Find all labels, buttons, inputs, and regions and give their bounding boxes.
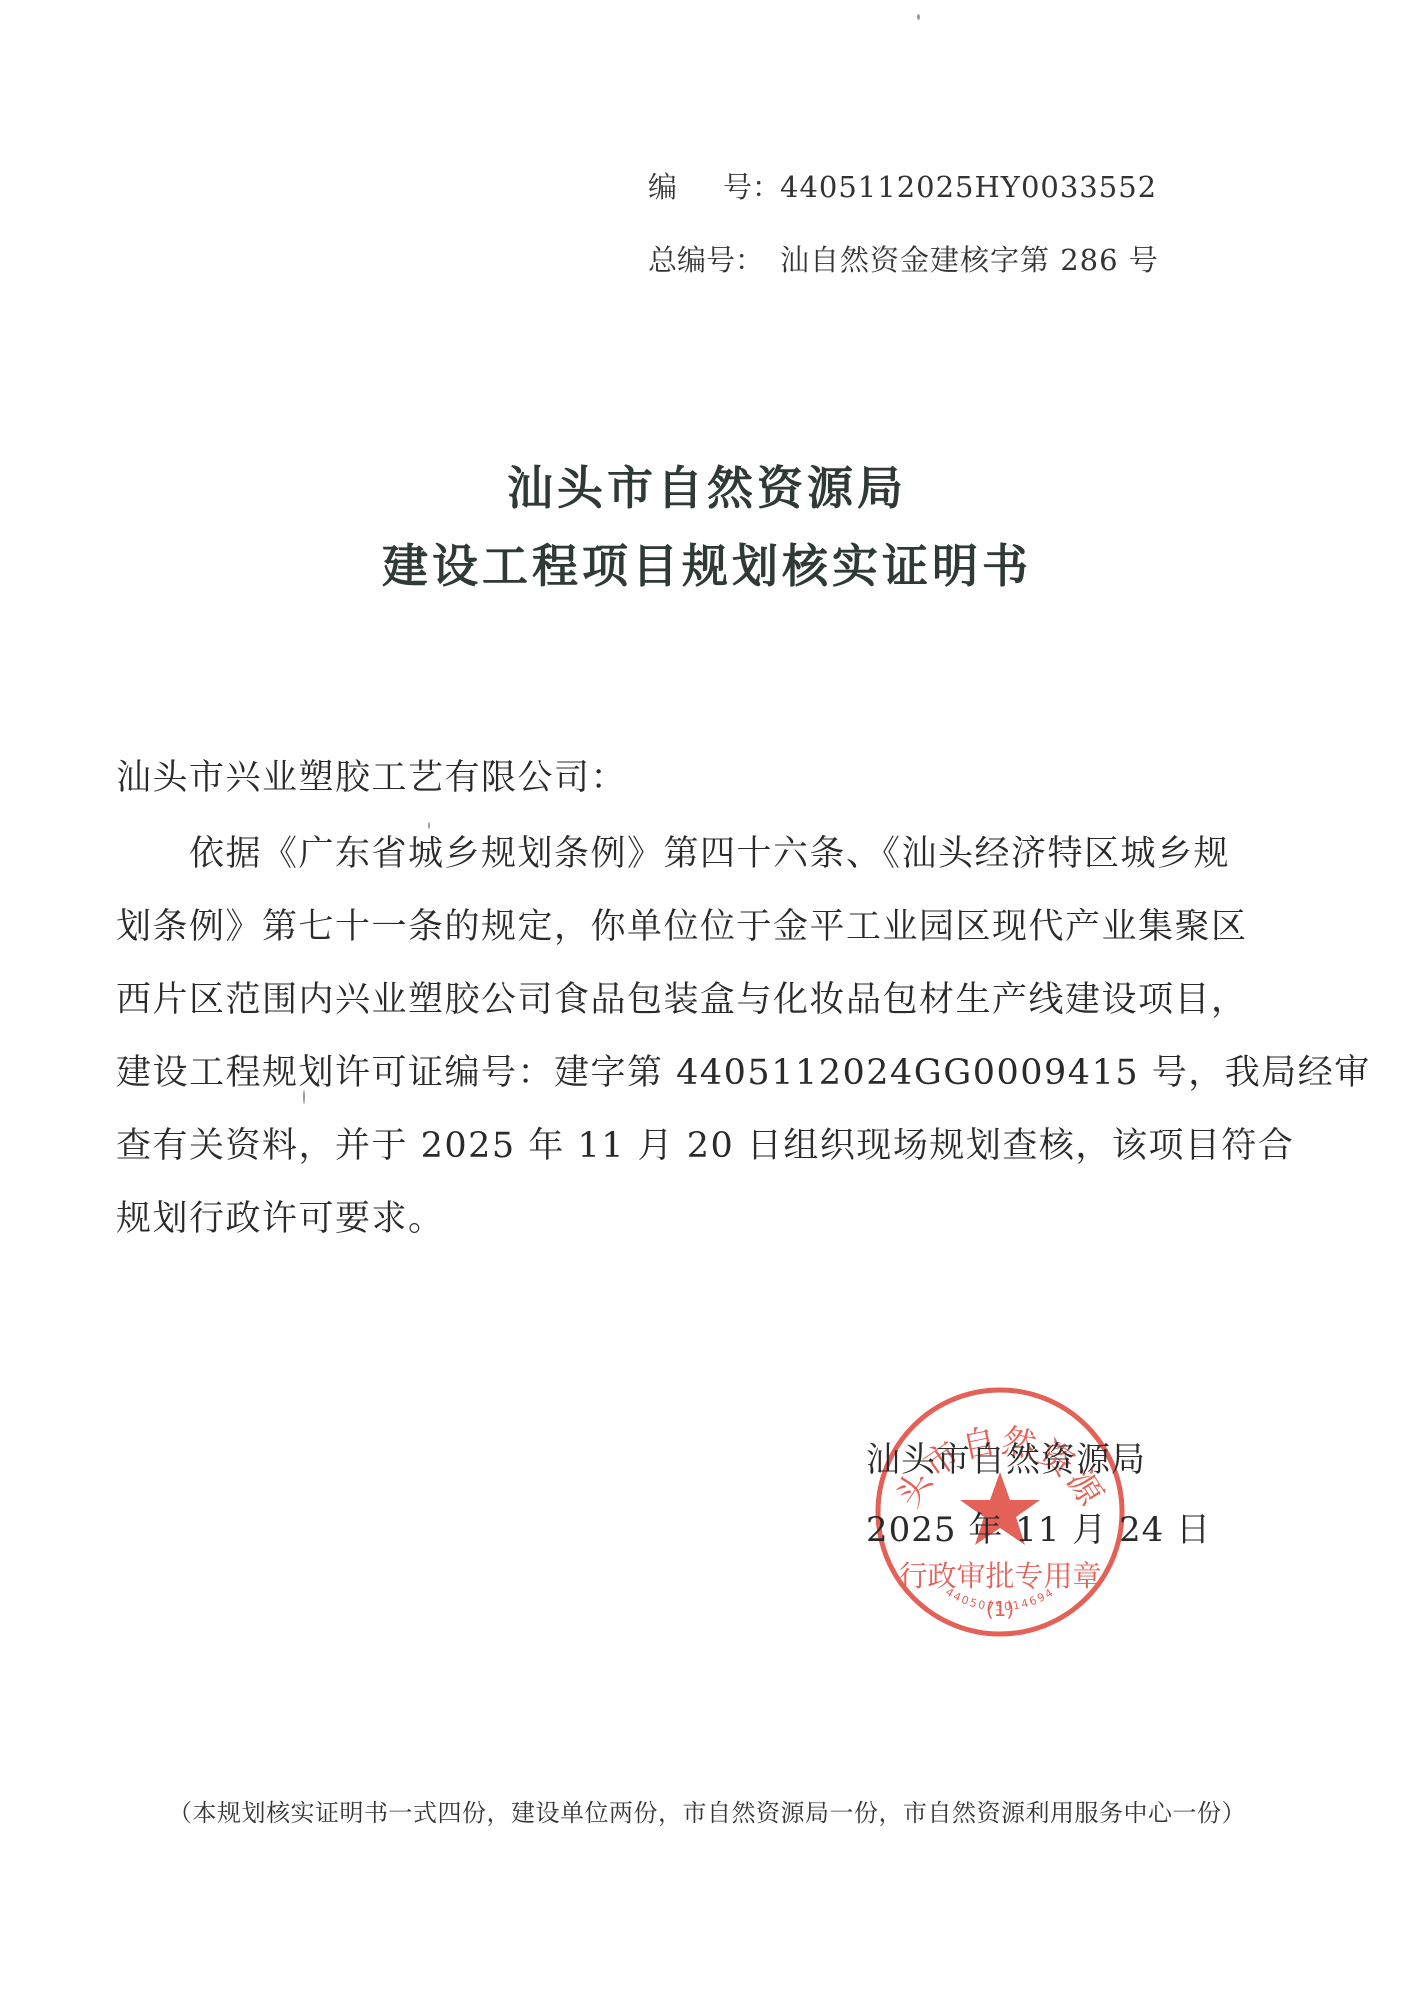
total-number-value: 汕自然资金建核字第 286 号 — [780, 243, 1159, 277]
page-title-document: 建设工程项目规划核实证明书 — [0, 530, 1414, 596]
document-number: 编号：4405112025HY0033552 — [648, 165, 1157, 206]
body-line: 依据《广东省城乡规划条例》第四十六条、《汕头经济特区城乡规 — [116, 818, 1230, 891]
seal-inner-text: 行政审批专用章 — [898, 1559, 1101, 1593]
issuer-signature: 汕头市自然资源局 — [866, 1432, 1146, 1481]
total-number-label: 总编号： — [648, 238, 780, 279]
body-line: 划条例》第七十一条的规定，你单位位于金平工业园区现代产业集聚区 — [116, 891, 1248, 964]
scan-speck — [303, 1090, 305, 1104]
distribution-note: （本规划核实证明书一式四份，建设单位两份，市自然资源局一份，市自然资源利用服务中… — [0, 1793, 1414, 1828]
issue-date: 2025 年 11 月 24 日 — [866, 1502, 1211, 1551]
page-title-issuer: 汕头市自然资源局 — [0, 452, 1414, 518]
scan-speck — [917, 14, 920, 20]
body-line: 西片区范围内兴业塑胶公司食品包装盒与化妆品包材生产线建设项目， — [116, 964, 1248, 1037]
addressee: 汕头市兴业塑胶工艺有限公司： — [116, 742, 627, 815]
body-line: 查有关资料，并于 2025 年 11 月 20 日组织现场规划查核，该项目符合 — [116, 1110, 1294, 1183]
total-number: 总编号：汕自然资金建核字第 286 号 — [648, 238, 1159, 279]
body-line: 规划行政许可要求。 — [116, 1183, 445, 1256]
scan-speck — [428, 822, 430, 829]
document-number-value: 4405112025HY0033552 — [780, 170, 1157, 204]
document-number-label: 编号： — [648, 165, 780, 206]
